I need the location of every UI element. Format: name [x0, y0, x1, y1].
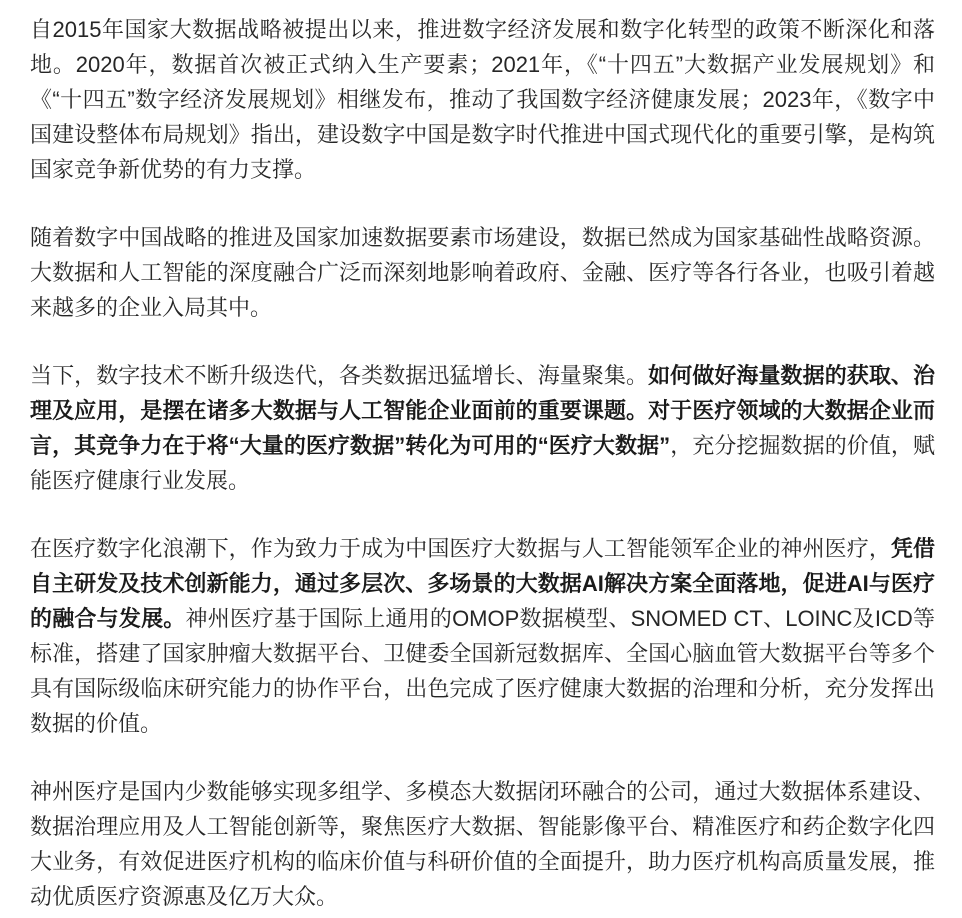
paragraph-text: 随着数字中国战略的推进及国家加速数据要素市场建设，数据已然成为国家基础性战略资源…: [30, 225, 935, 320]
paragraph-text: 当下，数字技术不断升级迭代，各类数据迅猛增长、海量聚集。: [30, 363, 648, 388]
paragraph-text: 自2015年国家大数据战略被提出以来，推进数字经济发展和数字化转型的政策不断深化…: [30, 17, 935, 182]
paragraph-shenzhou-medical-platforms: 在医疗数字化浪潮下，作为致力于成为中国医疗大数据与人工智能领军企业的神州医疗，凭…: [30, 531, 935, 741]
paragraph-text: 神州医疗是国内少数能够实现多组学、多模态大数据闭环融合的公司，通过大数据体系建设…: [30, 779, 935, 909]
paragraph-data-challenge: 当下，数字技术不断升级迭代，各类数据迅猛增长、海量聚集。如何做好海量数据的获取、…: [30, 358, 935, 498]
paragraph-shenzhou-medical-business: 神州医疗是国内少数能够实现多组学、多模态大数据闭环融合的公司，通过大数据体系建设…: [30, 774, 935, 914]
paragraph-digital-china-strategy: 随着数字中国战略的推进及国家加速数据要素市场建设，数据已然成为国家基础性战略资源…: [30, 220, 935, 325]
article-body: 自2015年国家大数据战略被提出以来，推进数字经济发展和数字化转型的政策不断深化…: [0, 0, 962, 918]
paragraph-policy-background: 自2015年国家大数据战略被提出以来，推进数字经济发展和数字化转型的政策不断深化…: [30, 12, 935, 187]
paragraph-text: 在医疗数字化浪潮下，作为致力于成为中国医疗大数据与人工智能领军企业的神州医疗，: [30, 536, 891, 561]
